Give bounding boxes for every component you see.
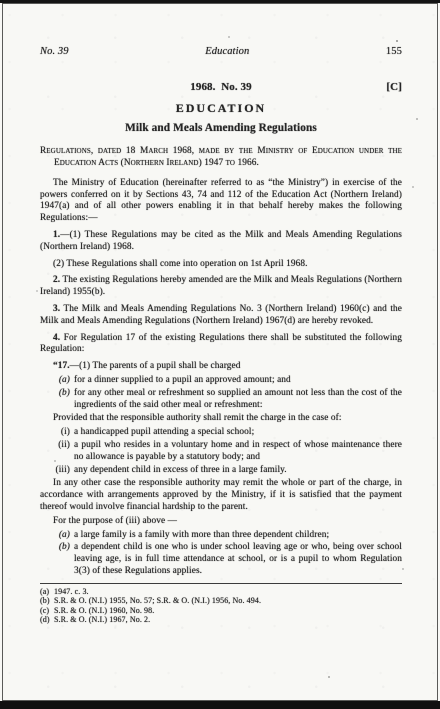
footnote-b: (b)S.R. & O. (N.I.) 1955, No. 57; S.R. &… <box>40 596 402 606</box>
footnote-d: (d)S.R. & O. (N.I.) 1967, No. 2. <box>40 615 402 625</box>
scan-speckles <box>0 0 2 2</box>
running-title: Education <box>205 46 249 58</box>
regulation-1-text: —(1) These Regulations may be cited as t… <box>40 230 402 252</box>
item-a-text: for a dinner supplied to a pupil an appr… <box>74 375 291 385</box>
footnote-b-label: (b) <box>40 596 54 606</box>
footnote-a: (a)1947. c. 3. <box>40 587 402 597</box>
item-ii-text: a pupil who resides in a voluntary home … <box>74 440 402 462</box>
purpose-item-b-label: (b) <box>52 542 74 554</box>
footnote-c-text: S.R. & O. (N.I.) 1960, No. 98. <box>54 606 154 615</box>
item-i-label: (i) <box>52 427 74 439</box>
regulation-17-number: “17. <box>53 361 70 371</box>
purpose-item-b: (b)a dependent child is one who is under… <box>40 542 402 577</box>
item-iii-text: any dependent child in excess of three i… <box>74 465 287 475</box>
doc-number-row: 1968. No. 39 [C] <box>40 82 402 94</box>
scanned-page: No. 39 Education 155 1968. No. 39 [C] ED… <box>0 0 440 709</box>
proviso: Provided that the responsible authority … <box>40 413 402 425</box>
item-a-label: (a) <box>52 375 74 387</box>
purpose-item-b-text: a dependent child is one who is under sc… <box>74 542 402 576</box>
purpose-item-a: (a)a large family is a family with more … <box>40 530 402 542</box>
footnote-a-label: (a) <box>40 587 54 597</box>
regulation-2: 2. The existing Regulations hereby amend… <box>40 275 402 299</box>
regulation-1-2: (2) These Regulations shall come into op… <box>40 259 402 271</box>
item-ii-label: (ii) <box>52 440 74 452</box>
item-iii-label: (iii) <box>52 465 74 477</box>
running-header: No. 39 Education 155 <box>40 46 402 58</box>
purpose-line: For the purpose of (iii) above — <box>40 516 402 528</box>
footnote-a-text: 1947. c. 3. <box>54 587 89 596</box>
footnote-d-label: (d) <box>40 615 54 625</box>
doc-title: Milk and Meals Amending Regulations <box>40 123 402 135</box>
intro-paragraph: The Ministry of Education (hereinafter r… <box>40 178 402 225</box>
footnote-rule <box>40 583 402 584</box>
doc-number: 1968. No. 39 <box>190 81 252 93</box>
regulation-3: 3. The Milk and Meals Amending Regulatio… <box>40 304 402 328</box>
purpose-item-a-text: a large family is a family with more tha… <box>74 530 329 540</box>
scan-bottom-edge <box>0 701 440 709</box>
footnote-d-text: S.R. & O. (N.I.) 1967, No. 2. <box>54 615 150 624</box>
item-b-text: for any other meal or refreshment so sup… <box>74 388 402 410</box>
regulation-3-text: The Milk and Meals Amending Regulations … <box>40 304 402 326</box>
regulation-4-text: For Regulation 17 of the existing Regula… <box>40 333 402 355</box>
classification-mark: [C] <box>386 82 402 94</box>
item-b-label: (b) <box>52 388 74 400</box>
preamble: Regulations, dated 18 March 1968, made b… <box>40 146 402 170</box>
purpose-item-a-label: (a) <box>52 530 74 542</box>
item-a: (a)for a dinner supplied to a pupil an a… <box>40 375 402 387</box>
regulation-4: 4. For Regulation 17 of the existing Reg… <box>40 333 402 357</box>
quoted-regulation-17: “17.—(1) The parents of a pupil shall be… <box>40 361 402 373</box>
item-iii: (iii)any dependent child in excess of th… <box>40 465 402 477</box>
regulation-2-text: The existing Regulations hereby amended … <box>40 275 402 297</box>
item-i: (i)a handicapped pupil attending a speci… <box>40 427 402 439</box>
category-heading: EDUCATION <box>40 103 402 115</box>
item-ii: (ii)a pupil who resides in a voluntary h… <box>40 440 402 464</box>
footnote-b-text: S.R. & O. (N.I.) 1955, No. 57; S.R. & O.… <box>54 596 261 605</box>
page-number: 155 <box>386 46 402 58</box>
issue-number: No. 39 <box>40 46 69 58</box>
remission-paragraph: In any other case the responsible author… <box>40 478 402 513</box>
item-b: (b)for any other meal or refreshment so … <box>40 388 402 412</box>
regulation-1: 1.—(1) These Regulations may be cited as… <box>40 230 402 254</box>
page-content: No. 39 Education 155 1968. No. 39 [C] ED… <box>40 46 402 625</box>
regulation-17-text: —(1) The parents of a pupil shall be cha… <box>70 361 241 371</box>
item-i-text: a handicapped pupil attending a special … <box>74 427 254 437</box>
